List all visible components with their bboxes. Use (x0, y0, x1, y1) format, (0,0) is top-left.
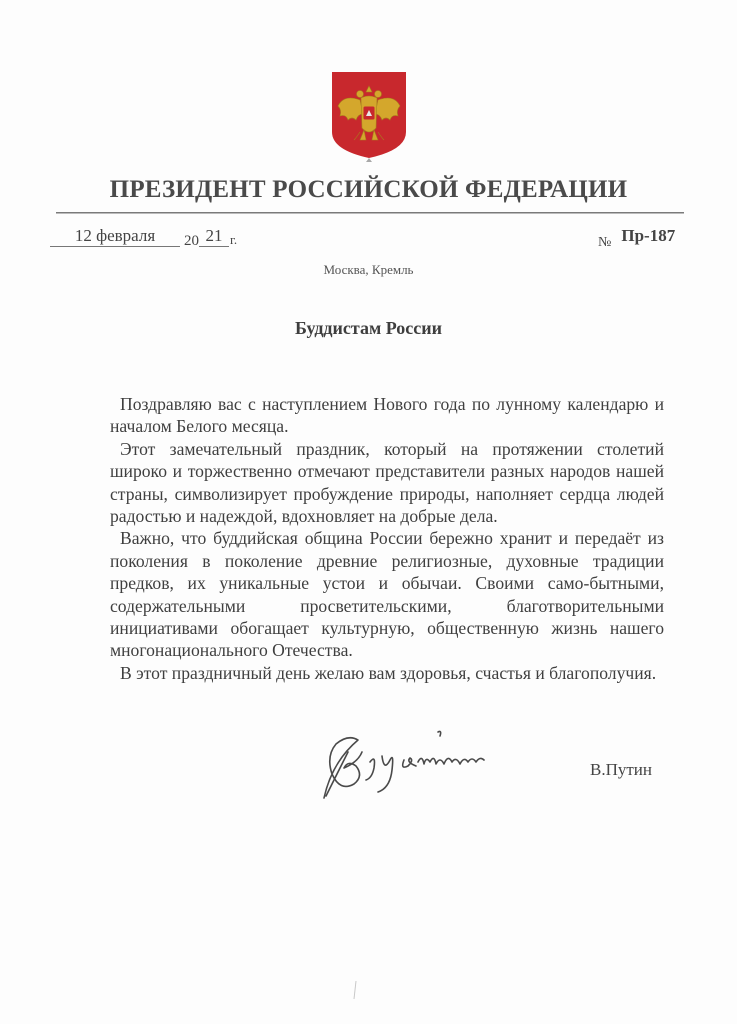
letter-body: Поздравляю вас с наступлением Нового год… (110, 393, 664, 684)
document-title: ПРЕЗИДЕНТ РОССИЙСКОЙ ФЕДЕРАЦИИ (0, 176, 737, 204)
number-sign: № (598, 235, 611, 250)
document-number: №Пр-187 (598, 226, 675, 246)
letter-paragraph: Важно, что буддийская община России бере… (110, 527, 664, 661)
document-place: Москва, Кремль (0, 262, 737, 278)
letter-paragraph: Этот замечательный праздник, который на … (110, 438, 664, 528)
number-value: Пр-187 (621, 226, 675, 245)
letter-addressee: Буддистам России (0, 318, 737, 339)
date-year-prefix: 20 (184, 233, 199, 249)
coat-of-arms-icon (330, 70, 408, 162)
date-day-month: 12 февраля (50, 226, 180, 247)
date-year-unit: г. (230, 232, 237, 247)
letter-paragraph: Поздравляю вас с наступлением Нового год… (110, 393, 664, 438)
handwritten-signature-icon (318, 722, 530, 804)
document-date: 12 февраля2021г. (50, 226, 237, 247)
header-divider (56, 212, 684, 214)
signer-name: В.Путин (590, 760, 652, 780)
scan-artifact-mark (352, 980, 358, 1000)
date-year-suffix: 21 (199, 226, 229, 247)
letter-paragraph: В этот праздничный день желаю вам здоров… (110, 662, 664, 684)
